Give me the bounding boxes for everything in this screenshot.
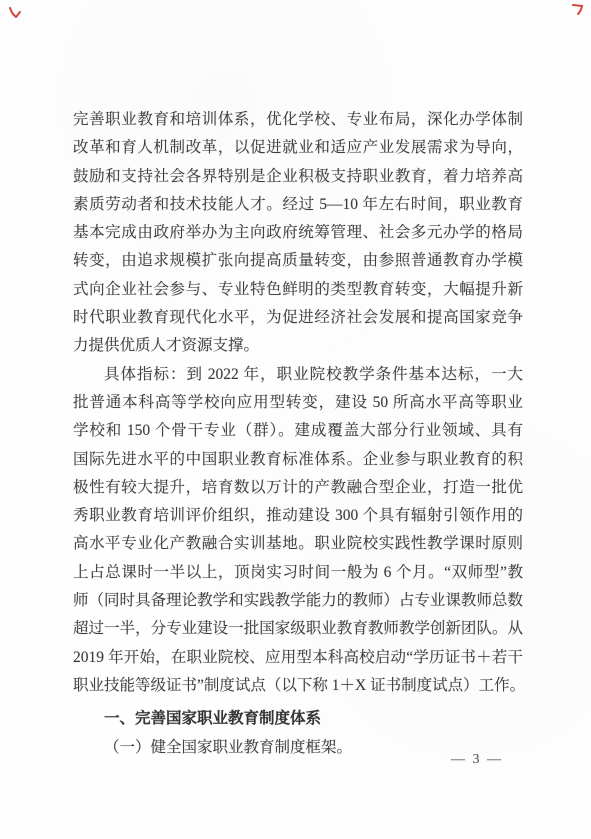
red-pen-mark-right <box>570 2 586 16</box>
red-pen-mark-left <box>7 5 23 20</box>
text-line: 极性有较大提升，培育数以万计的产教融合型企业，打造一批优 <box>73 474 523 502</box>
text-line: 改革和育人机制改革，以促进就业和适应产业发展需求为导向， <box>73 134 523 162</box>
text-line: 高水平专业化产教融合实训基地。职业院校实践性教学课时原则 <box>73 530 523 558</box>
text-line: 鼓励和支持社会各界特别是企业积极支持职业教育，着力培养高 <box>73 163 523 191</box>
page-number: — 3 — <box>451 752 503 768</box>
body-text: 完善职业教育和培训体系，优化学校、专业布局，深化办学体制改革和育人机制改革，以促… <box>73 106 523 762</box>
text-line: 式向企业社会参与、专业特色鲜明的类型教育转变，大幅提升新 <box>73 276 523 304</box>
text-line: 职业技能等级证书”制度试点（以下称 1＋X 证书制度试点）工作。 <box>73 672 523 700</box>
section-heading: 一、完善国家职业教育制度体系 <box>73 705 523 733</box>
text-line: 2019 年开始，在职业院校、应用型本科高校启动“学历证书＋若干 <box>73 644 523 672</box>
text-line: 国际先进水平的中国职业教育标准体系。企业参与职业教育的积 <box>73 446 523 474</box>
text-line: 超过一半，分专业建设一批国家级职业教育教师教学创新团队。从 <box>73 615 523 643</box>
text-line: 素质劳动者和技术技能人才。经过 5—10 年左右时间，职业教育 <box>73 191 523 219</box>
text-line: 上占总课时一半以上，顶岗实习时间一般为 6 个月。“双师型”教 <box>73 559 523 587</box>
text-line: 基本完成由政府举办为主向政府统筹管理、社会多元办学的格局 <box>73 219 523 247</box>
text-line: 转变，由追求规模扩张向提高质量转变，由参照普通教育办学模 <box>73 247 523 275</box>
text-line: 具体指标：到 2022 年，职业院校教学条件基本达标，一大 <box>73 361 523 389</box>
document-page: 完善职业教育和培训体系，优化学校、专业布局，深化办学体制改革和育人机制改革，以促… <box>0 0 591 839</box>
text-line: 时代职业教育现代化水平，为促进经济社会发展和提高国家竞争 <box>73 304 523 332</box>
text-line: 师（同时具备理论教学和实践教学能力的教师）占专业课教师总数 <box>73 587 523 615</box>
text-line: 秀职业教育培训评价组织，推动建设 300 个具有辐射引领作用的 <box>73 502 523 530</box>
text-line: 批普通本科高等学校向应用型转变，建设 50 所高水平高等职业 <box>73 389 523 417</box>
text-line: 力提供优质人才资源支撑。 <box>73 332 523 360</box>
text-line: 完善职业教育和培训体系，优化学校、专业布局，深化办学体制 <box>73 106 523 134</box>
text-line: 学校和 150 个骨干专业（群）。建成覆盖大部分行业领域、具有 <box>73 417 523 445</box>
